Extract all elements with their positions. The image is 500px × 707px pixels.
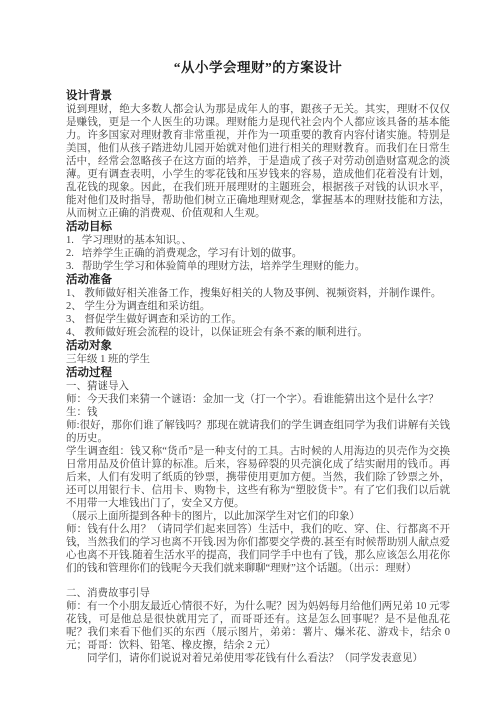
part1-title: 一、猜谜导入 [66,380,450,393]
part1-line-survey-group: 学生调查组：钱又称“货币”是一种支付的工具。古时候的人用海边的贝壳作为交换日常用… [66,445,450,510]
goal-item-1: 1. 学习理财的基本知识。、 [66,234,450,247]
part1-line-teacher-followup: 师:很好，那你们谁了解钱吗？那现在就请我们的学生调查组同学为我们讲解有关钱的历史… [66,419,450,445]
prep-item-1: 1、 教师做好相关准备工作，搜集好相关的人物及事例、视频资料，并制作课件。 [66,287,450,300]
part2-line-discussion: 同学们，请你们说说对着兄弟使用零花钱有什么看法？（同学发表意见） [66,652,450,665]
audience-text: 三年级 1 班的学生 [66,353,450,366]
prep-item-2: 2、 学生分为调查组和采访组。 [66,300,450,313]
paragraph-design-background: 说到理财，绝大多数人都会认为那是成年人的事，跟孩子无关。其实，理财不仅仅是赚钱，… [66,103,450,220]
part1-line-teacher-money-use: 师：钱有什么用？（请同学们起来回答）生活中，我们的吃、穿、住、行都离不开钱，当然… [66,523,450,575]
part1-line-show-cards-note: （展示上面所提到各种卡的图片，以此加深学生对它们的印象） [66,510,450,523]
heading-activity-goals: 活动目标 [66,220,450,234]
prep-item-4: 4、 教师做好班会流程的设计，以保证班会有条不紊的顺利进行。 [66,326,450,339]
prep-item-3: 3、 督促学生做好调查和采访的工作。 [66,313,450,326]
heading-activity-audience: 活动对象 [66,339,450,353]
document-title: “从小学会理财”的方案设计 [66,56,450,76]
section-spacer [66,575,450,587]
heading-activity-process: 活动过程 [66,366,450,380]
document-page: “从小学会理财”的方案设计 设计背景 说到理财，绝大多数人都会认为那是成年人的事… [0,0,500,707]
part1-line-student-answer: 生：钱 [66,406,450,419]
part1-line-teacher-riddle: 师：今天我们来猜一个谜语：金加一戈（打一个字）。看谁能猜出这个是什么字？ [66,393,450,406]
part2-title: 二、消费故事引导 [66,587,450,600]
heading-design-background: 设计背景 [66,89,450,103]
heading-activity-preparation: 活动准备 [66,273,450,287]
goal-item-3: 3. 帮助学生学习和体验简单的理财方法，培养学生理财的能力。 [66,260,450,273]
goal-item-2: 2. 培养学生正确的消费观念，学习有计划的做事。 [66,247,450,260]
part2-line-story: 师：有一个小朋友最近心情很不好，为什么呢？因为妈妈每月给他们两兄弟 10 元零花… [66,600,450,652]
